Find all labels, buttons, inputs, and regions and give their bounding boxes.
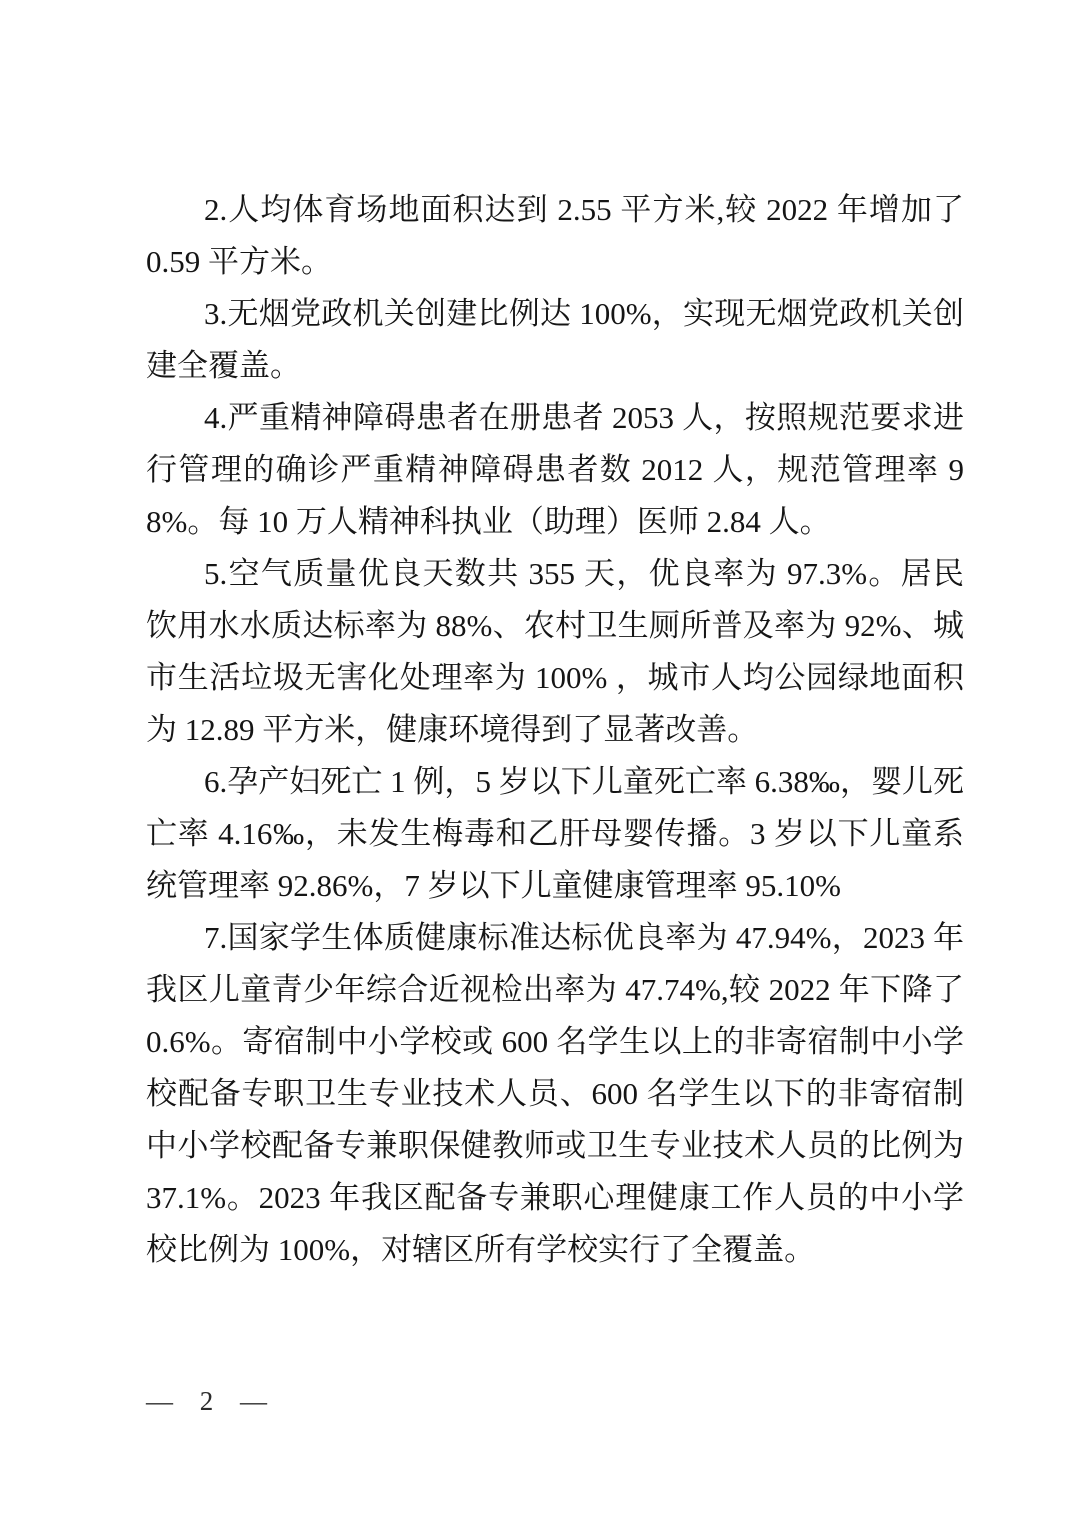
paragraph-2: 2.人均体育场地面积达到 2.55 平方米,较 2022 年增加了 0.59 平… — [146, 184, 964, 288]
paragraph-5: 5.空气质量优良天数共 355 天，优良率为 97.3%。居民饮用水水质达标率为… — [146, 548, 964, 756]
paragraph-7: 7.国家学生体质健康标准达标优良率为 47.94%，2023 年我区儿童青少年综… — [146, 912, 964, 1276]
document-body: 2.人均体育场地面积达到 2.55 平方米,较 2022 年增加了 0.59 平… — [146, 184, 964, 1276]
document-page: 2.人均体育场地面积达到 2.55 平方米,较 2022 年增加了 0.59 平… — [0, 0, 1074, 1520]
page-footer: — 2 — — [146, 1386, 277, 1417]
page-number: — 2 — — [146, 1386, 277, 1416]
paragraph-4: 4.严重精神障碍患者在册患者 2053 人，按照规范要求进行管理的确诊严重精神障… — [146, 392, 964, 548]
paragraph-3: 3.无烟党政机关创建比例达 100%，实现无烟党政机关创建全覆盖。 — [146, 288, 964, 392]
paragraph-6: 6.孕产妇死亡 1 例，5 岁以下儿童死亡率 6.38‰，婴儿死亡率 4.16‰… — [146, 756, 964, 912]
